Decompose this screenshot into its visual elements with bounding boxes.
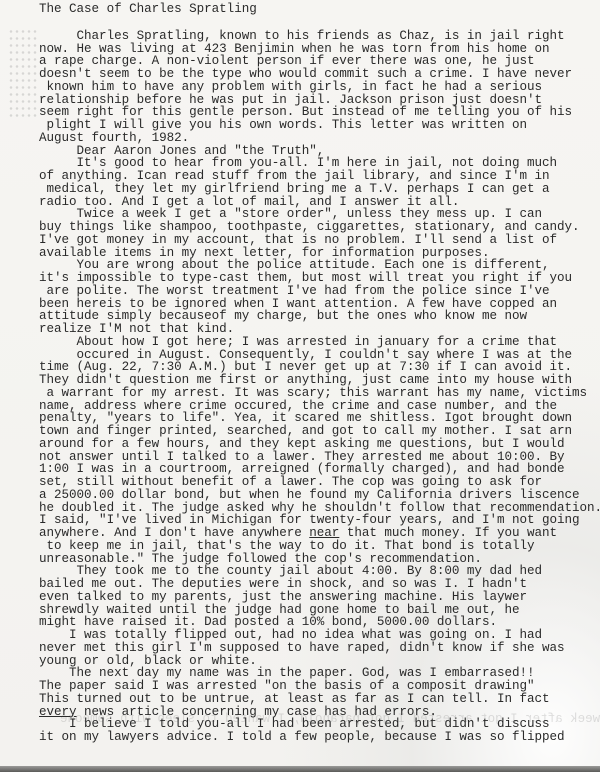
text-line: August fourth, 1982.: [39, 132, 600, 145]
text-line: it's impossible to type-cast them, but m…: [39, 272, 600, 285]
text-line: of anything. Ican read stuff from the ja…: [39, 170, 600, 183]
page-edge: [0, 766, 600, 772]
text-line: bailed me out. The deputies were in shoc…: [39, 578, 600, 591]
text-line: I was totally flipped out, had no idea w…: [39, 629, 600, 642]
document-body: Charles Spratling, known to his friends …: [39, 30, 600, 744]
text-line: About how I got here; I was arrested in …: [39, 336, 600, 349]
text-line: plight I will give you his own words. Th…: [39, 119, 600, 132]
text-line: set, still without benefit of a lawer. T…: [39, 476, 600, 489]
text-line: I've got money in my account, that is no…: [39, 234, 600, 247]
text-line: it on my lawyers advice. I told a few pe…: [39, 731, 600, 744]
text-line: This turned out to be untrue, at least a…: [39, 693, 600, 706]
text-line: buy things like shampoo, toothpaste, cig…: [39, 221, 600, 234]
text-line: even talked to my parents, just the answ…: [39, 591, 600, 604]
text-line: a warrant for my arrest. It was scary; t…: [39, 387, 600, 400]
text-line: Charles Spratling, known to his friends …: [39, 30, 600, 43]
text-line: to keep me in jail, that's the way to do…: [39, 540, 600, 553]
text-line: anywhere. And I don't have anywhere near…: [39, 527, 600, 540]
typewritten-text: The Case of Charles Spratling Charles Sp…: [39, 3, 600, 744]
text-line: doesn't seem to be the type who would co…: [39, 68, 600, 81]
text-line: are polite. The worst treatment I've had…: [39, 285, 600, 298]
text-line: a 25000.00 dollar bond, but when he foun…: [39, 489, 600, 502]
text-line: around for a few hours, and they kept as…: [39, 438, 600, 451]
text-line: town and finger printed, searched, and g…: [39, 425, 600, 438]
text-line: medical, they let my girlfriend bring me…: [39, 183, 600, 196]
text-line: They didn't question me first or anythin…: [39, 374, 600, 387]
document-page: week after I got arrested I got paranoid…: [0, 0, 600, 772]
document-title: The Case of Charles Spratling: [39, 3, 600, 16]
text-line: known him to have any problem with girls…: [39, 81, 600, 94]
text-line: never met this girl I'm supposed to have…: [39, 642, 600, 655]
paper-speckle: [8, 28, 38, 118]
text-line: The paper said I was arrested "on the ba…: [39, 680, 600, 693]
text-line: realize I'M not that kind.: [39, 323, 600, 336]
